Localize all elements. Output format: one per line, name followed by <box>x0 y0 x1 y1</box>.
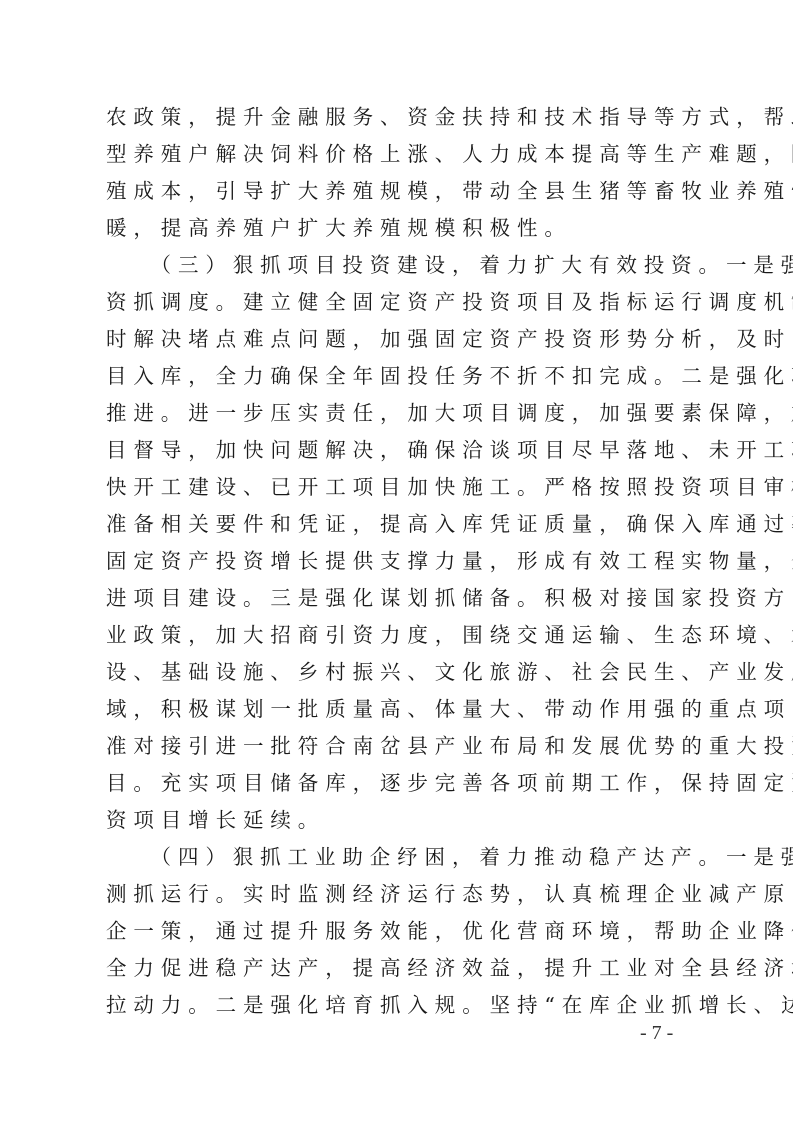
section-heading-line: （四）狠抓工业助企纾困，着力推动稳产达产。一是强化监 <box>106 839 690 876</box>
page-number: - 7 - <box>640 1022 700 1045</box>
section-heading-line: （三）狠抓项目投资建设，着力扩大有效投资。一是强化投 <box>106 247 690 284</box>
text-line: 设、基础设施、乡村振兴、文化旅游、社会民生、产业发展等领 <box>106 654 690 691</box>
text-line: 暖，提高养殖户扩大养殖规模积极性。 <box>106 210 690 247</box>
text-line: 殖成本，引导扩大养殖规模，带动全县生猪等畜牧业养殖快速回 <box>106 173 690 210</box>
text-line: 资项目增长延续。 <box>106 802 690 839</box>
text-line: 域，积极谋划一批质量高、体量大、带动作用强的重点项目，精 <box>106 691 690 728</box>
text-line: 目入库，全力确保全年固投任务不折不扣完成。二是强化项目抓 <box>106 358 690 395</box>
document-page: 农政策，提升金融服务、资金扶持和技术指导等方式，帮助中小 型养殖户解决饲料价格上… <box>0 0 793 1122</box>
text-line: 准对接引进一批符合南岔县产业布局和发展优势的重大投资项 <box>106 728 690 765</box>
text-line: 资抓调度。建立健全固定资产投资项目及指标运行调度机制，及 <box>106 284 690 321</box>
text-line: 快开工建设、已开工项目加快施工。严格按照投资项目审核规定 <box>106 469 690 506</box>
text-line: 拉动力。二是强化培育抓入规。坚持“在库企业抓增长、达标企 <box>106 987 690 1024</box>
text-line: 全力促进稳产达产，提高经济效益，提升工业对全县经济增长的 <box>106 950 690 987</box>
text-line: 准备相关要件和凭证，提高入库凭证质量，确保入库通过率，为 <box>106 506 690 543</box>
text-line: 测抓运行。实时监测经济运行态势，认真梳理企业减产原因，一 <box>106 876 690 913</box>
text-line: 业政策，加大招商引资力度，围绕交通运输、生态环境、水利建 <box>106 617 690 654</box>
text-line: 时解决堵点难点问题，加强固定资产投资形势分析，及时申报项 <box>106 321 690 358</box>
text-line: 企一策，通过提升服务效能，优化营商环境，帮助企业降低成本、 <box>106 913 690 950</box>
text-line: 进项目建设。三是强化谋划抓储备。积极对接国家投资方向和产 <box>106 580 690 617</box>
text-line: 目。充实项目储备库，逐步完善各项前期工作，保持固定资产投 <box>106 765 690 802</box>
text-line: 目督导，加快问题解决，确保洽谈项目尽早落地、未开工项目尽 <box>106 432 690 469</box>
text-line: 农政策，提升金融服务、资金扶持和技术指导等方式，帮助中小 <box>106 99 690 136</box>
text-line: 推进。进一步压实责任，加大项目调度，加强要素保障，加密项 <box>106 395 690 432</box>
text-line: 型养殖户解决饲料价格上涨、人力成本提高等生产难题，降低养 <box>106 136 690 173</box>
text-line: 固定资产投资增长提供支撑力量，形成有效工程实物量，全力推 <box>106 543 690 580</box>
body-text: 农政策，提升金融服务、资金扶持和技术指导等方式，帮助中小 型养殖户解决饲料价格上… <box>106 99 690 1024</box>
